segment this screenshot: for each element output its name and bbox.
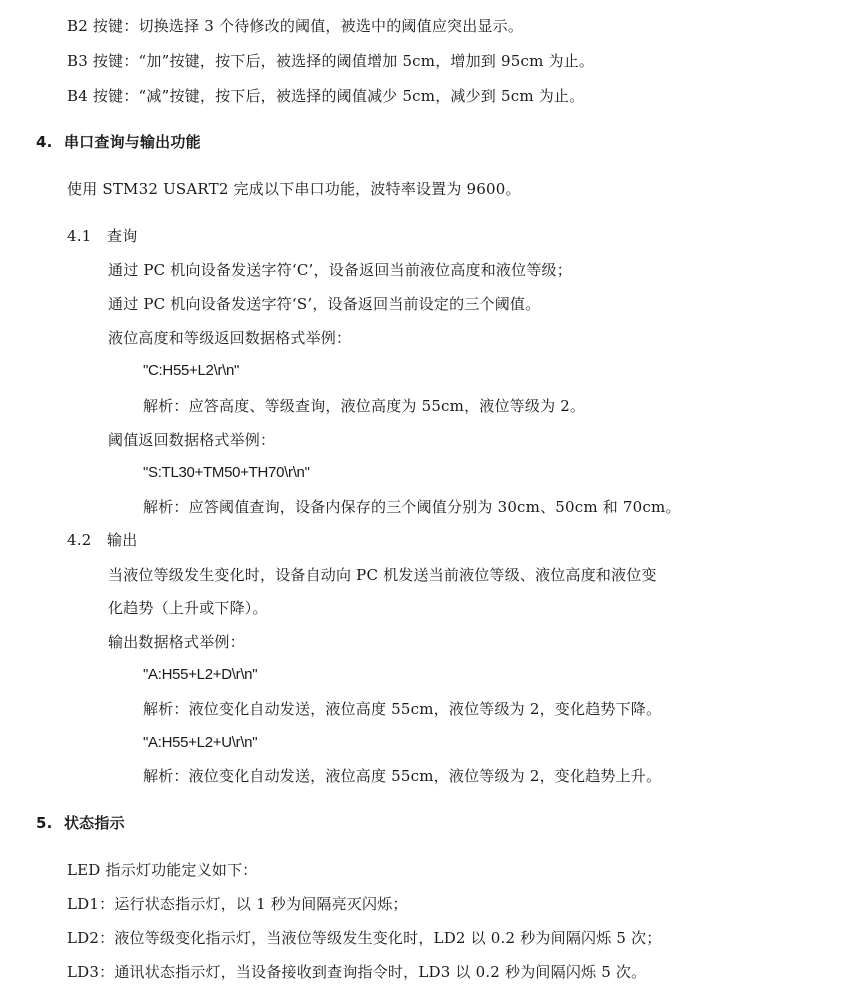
section-5-heading: 5. 状态指示 xyxy=(36,813,125,833)
example1-code: "C:H55+L2\r\n" xyxy=(143,361,239,381)
ld3-description: LD3：通讯状态指示灯，当设备接收到查询指令时，LD3 以 0.2 秒为间隔闪烁… xyxy=(67,962,646,982)
example2-description: 解析：应答阈值查询，设备内保存的三个阈值分别为 30cm、50cm 和 70cm… xyxy=(143,497,681,517)
b2-description: B2 按键：切换选择 3 个待修改的阈值，被选中的阈值应突出显示。 xyxy=(67,16,523,36)
example2-label: 阈值返回数据格式举例： xyxy=(108,430,275,450)
example1-label: 液位高度和等级返回数据格式举例： xyxy=(108,328,351,348)
ld1-description: LD1：运行状态指示灯，以 1 秒为间隔亮灭闪烁； xyxy=(67,894,408,914)
output-description-line2: 化趋势（上升或下降）。 xyxy=(108,598,268,618)
b3-description: B3 按键：“加”按键，按下后，被选择的阈值增加 5cm，增加到 95cm 为止… xyxy=(67,51,594,71)
output-example2-code: "A:H55+L2+U\r\n" xyxy=(143,733,257,753)
query-s-description: 通过 PC 机向设备发送字符‘S’，设备返回当前设定的三个阈值。 xyxy=(108,294,540,314)
example2-code: "S:TL30+TM50+TH70\r\n" xyxy=(143,463,310,483)
subsection-4-1-number: 4.1 xyxy=(67,226,107,246)
section-4-intro: 使用 STM32 USART2 完成以下串口功能，波特率设置为 9600。 xyxy=(67,179,521,199)
query-c-description: 通过 PC 机向设备发送字符‘C’，设备返回当前液位高度和液位等级； xyxy=(108,260,572,280)
output-description-line1: 当液位等级发生变化时，设备自动向 PC 机发送当前液位等级、液位高度和液位变 xyxy=(108,565,657,585)
output-example2-description: 解析：液位变化自动发送，液位高度 55cm，液位等级为 2，变化趋势上升。 xyxy=(143,766,661,786)
output-example-label: 输出数据格式举例： xyxy=(108,632,245,652)
subsection-4-1-heading: 4.1查询 xyxy=(67,226,137,246)
section-4-number: 4. xyxy=(36,133,53,151)
output-example1-code: "A:H55+L2+D\r\n" xyxy=(143,665,257,685)
section-5-title: 状态指示 xyxy=(64,814,125,832)
section-4-title: 串口查询与输出功能 xyxy=(64,133,201,151)
ld2-description: LD2：液位等级变化指示灯，当液位等级发生变化时，LD2 以 0.2 秒为间隔闪… xyxy=(67,928,662,948)
section-5-number: 5. xyxy=(36,814,53,832)
example1-description: 解析：应答高度、等级查询，液位高度为 55cm，液位等级为 2。 xyxy=(143,396,585,416)
subsection-4-1-title: 查询 xyxy=(107,227,137,245)
subsection-4-2-title: 输出 xyxy=(107,531,137,549)
b4-description: B4 按键：“减”按键，按下后，被选择的阈值减少 5cm，减少到 5cm 为止。 xyxy=(67,86,584,106)
section-5-intro: LED 指示灯功能定义如下： xyxy=(67,860,258,880)
subsection-4-2-heading: 4.2输出 xyxy=(67,530,137,550)
subsection-4-2-number: 4.2 xyxy=(67,530,107,550)
output-example1-description: 解析：液位变化自动发送，液位高度 55cm，液位等级为 2，变化趋势下降。 xyxy=(143,699,661,719)
section-4-heading: 4. 串口查询与输出功能 xyxy=(36,132,201,152)
